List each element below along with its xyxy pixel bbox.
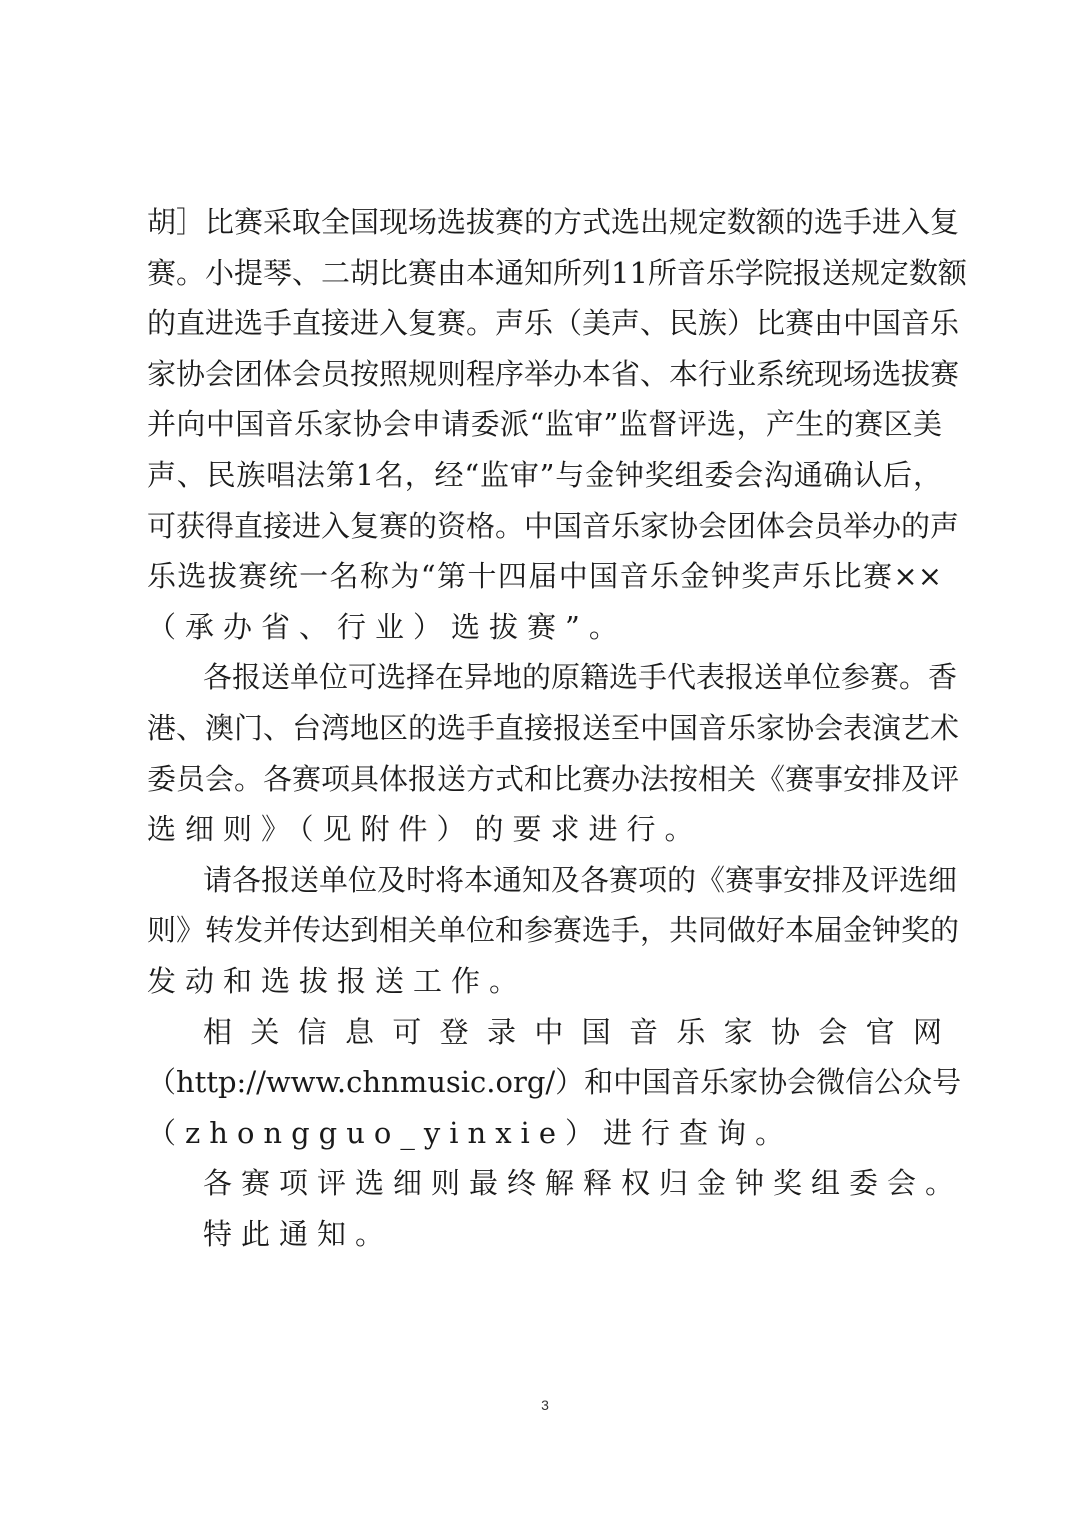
text-line: （http://www.chnmusic.org/）和中国音乐家协会微信公众号 bbox=[147, 1065, 942, 1099]
text-line: 可获得直接进入复赛的资格。中国音乐家协会团体会员举办的声 bbox=[147, 509, 942, 543]
text-line: 特此通知。 bbox=[203, 1217, 942, 1251]
text-line: （承办省、行业）选拔赛”。 bbox=[147, 610, 942, 644]
text-line: 赛。小提琴、二胡比赛由本通知所列11所音乐学院报送规定数额 bbox=[147, 256, 942, 290]
text-line: 选细则》（见附件）的要求进行。 bbox=[147, 812, 942, 846]
text-line: 则》转发并传达到相关单位和参赛选手，共同做好本届金钟奖的 bbox=[147, 913, 942, 947]
text-line: 请各报送单位及时将本通知及各赛项的《赛事安排及评选细 bbox=[203, 863, 942, 897]
page-number: 3 bbox=[530, 1397, 560, 1413]
text-line: 乐选拔赛统一名称为“第十四届中国音乐金钟奖声乐比赛×× bbox=[147, 559, 942, 593]
text-line: 发动和选拔报送工作。 bbox=[147, 964, 942, 998]
text-line: 各赛项评选细则最终解释权归金钟奖组委会。 bbox=[203, 1166, 942, 1200]
text-line: 的直进选手直接进入复赛。声乐（美声、民族）比赛由中国音乐 bbox=[147, 306, 942, 340]
text-line: 并向中国音乐家协会申请委派“监审”监督评选，产生的赛区美 bbox=[147, 407, 942, 441]
document-page: 胡］比赛采取全国现场选拔赛的方式选出规定数额的选手进入复 赛。小提琴、二胡比赛由… bbox=[0, 0, 1080, 1527]
text-line: 委员会。各赛项具体报送方式和比赛办法按相关《赛事安排及评 bbox=[147, 762, 942, 796]
text-line: （zhongguo_yinxie）进行查询。 bbox=[147, 1116, 942, 1150]
text-line: 各报送单位可选择在异地的原籍选手代表报送单位参赛。香 bbox=[203, 660, 942, 694]
text-line: 相关信息可登录中国音乐家协会官网 bbox=[203, 1015, 942, 1049]
text-line: 家协会团体会员按照规则程序举办本省、本行业系统现场选拔赛 bbox=[147, 357, 942, 391]
text-line: 胡］比赛采取全国现场选拔赛的方式选出规定数额的选手进入复 bbox=[147, 205, 942, 239]
text-line: 港、澳门、台湾地区的选手直接报送至中国音乐家协会表演艺术 bbox=[147, 711, 942, 745]
text-line: 声、民族唱法第1名，经“监审”与金钟奖组委会沟通确认后， bbox=[147, 458, 942, 492]
